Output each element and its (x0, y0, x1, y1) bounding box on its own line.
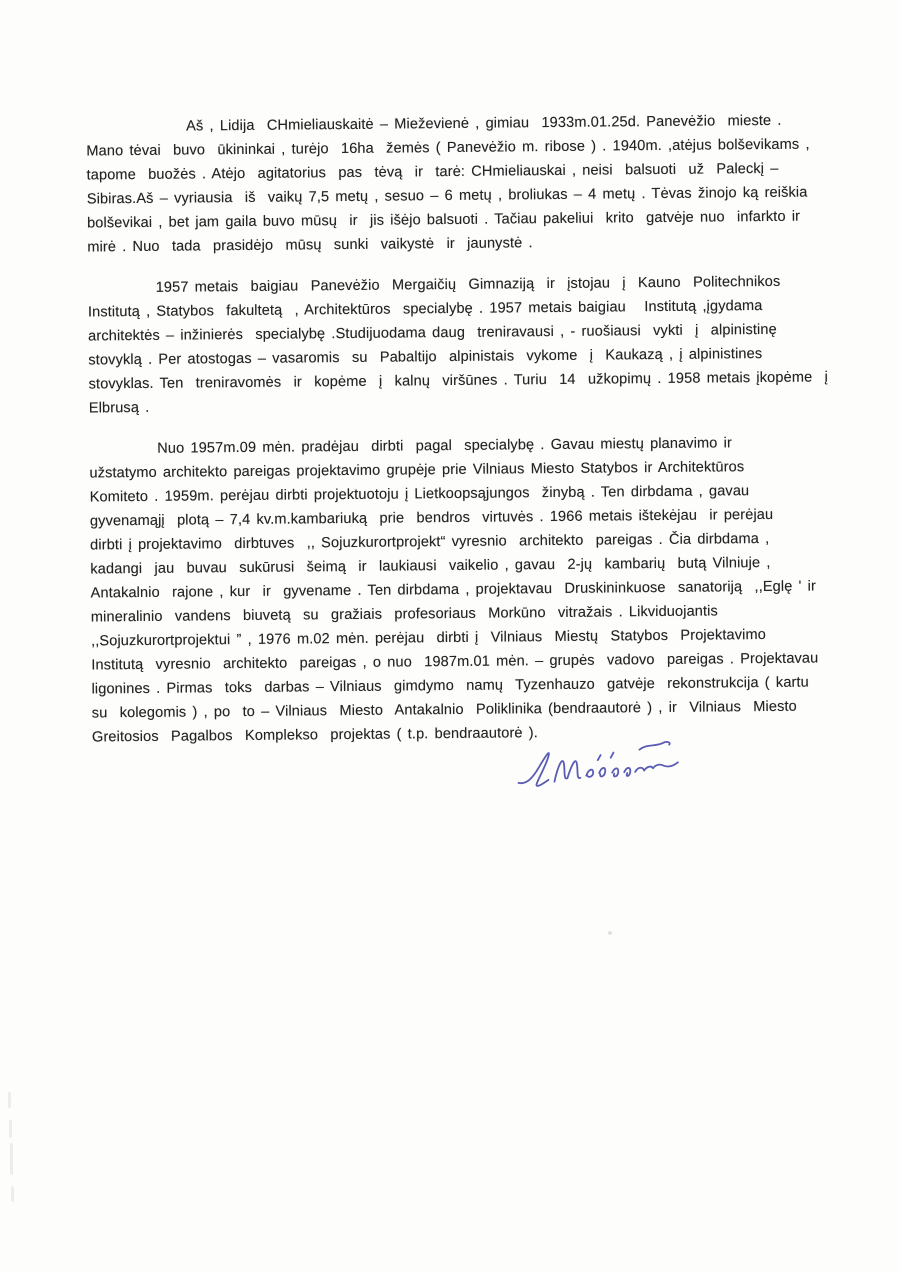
document-body: Aš , Lidija CHmieliauskaitė – Mieževienė… (86, 109, 816, 767)
signature-ink-icon (511, 735, 693, 799)
document-page: Aš , Lidija CHmieliauskaitė – Mieževienė… (0, 0, 900, 1273)
scan-edge-artifact (9, 1120, 12, 1138)
scan-edge-artifact (8, 1092, 11, 1108)
scan-edge-artifact (11, 1186, 14, 1202)
scan-speck-artifact (608, 931, 612, 935)
scan-edge-artifact (10, 1143, 13, 1175)
signature-strokes (517, 742, 678, 787)
paragraph-2: 1957 metais baigiau Panevėžio Mergaičių … (88, 270, 813, 421)
paragraph-1: Aš , Lidija CHmieliauskaitė – Mieževienė… (86, 109, 811, 260)
signature-handwritten (511, 735, 693, 799)
paragraph-3: Nuo 1957m.09 mėn. pradėjau dirbti pagal … (89, 431, 816, 750)
